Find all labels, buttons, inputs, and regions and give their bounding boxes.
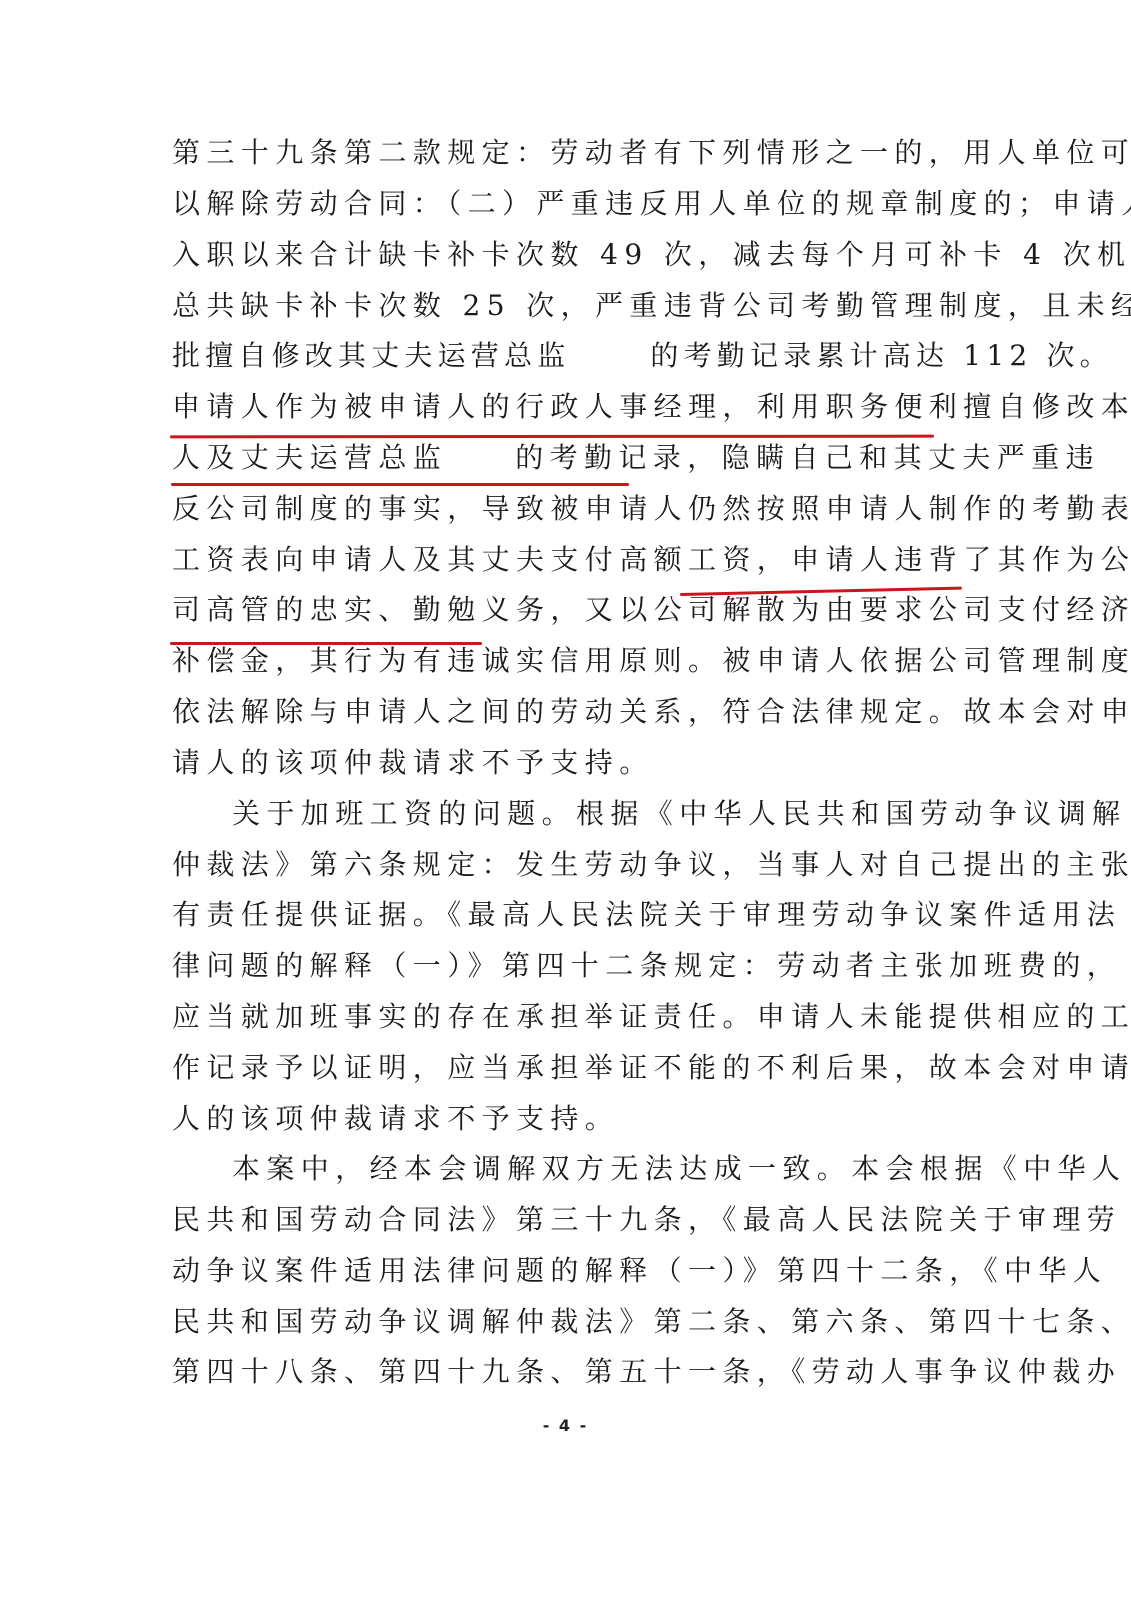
document-page: 第三十九条第二款规定：劳动者有下列情形之一的，用人单位可 以解除劳动合同：（二）… [0,0,1131,1600]
text-line-16: 有责任提供证据。《最高人民法院关于审理劳动争议案件适用法 [172,895,935,935]
text-line-5: 批擅自修改其丈夫运营总监的考勤记录累计高达 112 次。 [172,336,935,376]
text-line-7-part-a: 人及丈夫运营总监 [172,441,447,474]
red-underline-4 [170,642,482,645]
text-line-9: 工资表向申请人及其丈夫支付高额工资，申请人违背了其作为公 [172,540,935,580]
text-line-11: 补偿金，其行为有违诚实信用原则。被申请人依据公司管理制度， [172,641,935,681]
text-line-17: 律问题的解释（一）》第四十二条规定：劳动者主张加班费的， [172,946,935,986]
text-line-5-part-a: 批擅自修改其丈夫运营总监 [172,339,570,372]
text-line-3: 入职以来合计缺卡补卡次数 49 次，减去每个月可补卡 4 次机会， [172,235,935,275]
text-line-7-part-b: 的考勤记录，隐瞒自己和其丈夫严重违 [515,441,1100,474]
text-line-24: 民共和国劳动争议调解仲裁法》第二条、第六条、第四十七条、 [172,1302,935,1342]
text-line-6: 申请人作为被申请人的行政人事经理，利用职务便利擅自修改本 [172,387,935,427]
text-line-25: 第四十八条、第四十九条、第五十一条，《劳动人事争议仲裁办 [172,1352,935,1392]
text-line-15: 仲裁法》第六条规定：发生劳动争议，当事人对自己提出的主张， [172,845,935,885]
text-line-23: 动争议案件适用法律问题的解释（一）》第四十二条，《中华人 [172,1251,935,1291]
text-line-22: 民共和国劳动合同法》第三十九条，《最高人民法院关于审理劳 [172,1200,935,1240]
text-line-2: 以解除劳动合同：（二）严重违反用人单位的规章制度的；申请人 [172,184,935,224]
text-line-1: 第三十九条第二款规定：劳动者有下列情形之一的，用人单位可 [172,133,935,173]
text-line-7: 人及丈夫运营总监的考勤记录，隐瞒自己和其丈夫严重违 [172,438,935,478]
text-line-14-paragraph-start: 关于加班工资的问题。根据《中华人民共和国劳动争议调解 [232,794,935,834]
text-line-10: 司高管的忠实、勤勉义务，又以公司解散为由要求公司支付经济 [172,590,935,630]
text-line-13: 请人的该项仲裁请求不予支持。 [172,743,935,783]
page-number: - 4 - [0,1416,1131,1435]
text-line-5-part-b: 的考勤记录累计高达 112 次。 [650,339,1112,372]
text-line-21-paragraph-start: 本案中，经本会调解双方无法达成一致。本会根据《中华人 [232,1149,935,1189]
text-line-4: 总共缺卡补卡次数 25 次，严重违背公司考勤管理制度，且未经审 [172,286,935,326]
text-line-18: 应当就加班事实的存在承担举证责任。申请人未能提供相应的工 [172,997,935,1037]
text-line-19: 作记录予以证明，应当承担举证不能的不利后果，故本会对申请 [172,1048,935,1088]
red-underline-2 [171,483,629,486]
text-line-8: 反公司制度的事实，导致被申请人仍然按照申请人制作的考勤表、 [172,489,935,529]
text-line-12: 依法解除与申请人之间的劳动关系，符合法律规定。故本会对申 [172,692,935,732]
text-line-20: 人的该项仲裁请求不予支持。 [172,1099,935,1139]
